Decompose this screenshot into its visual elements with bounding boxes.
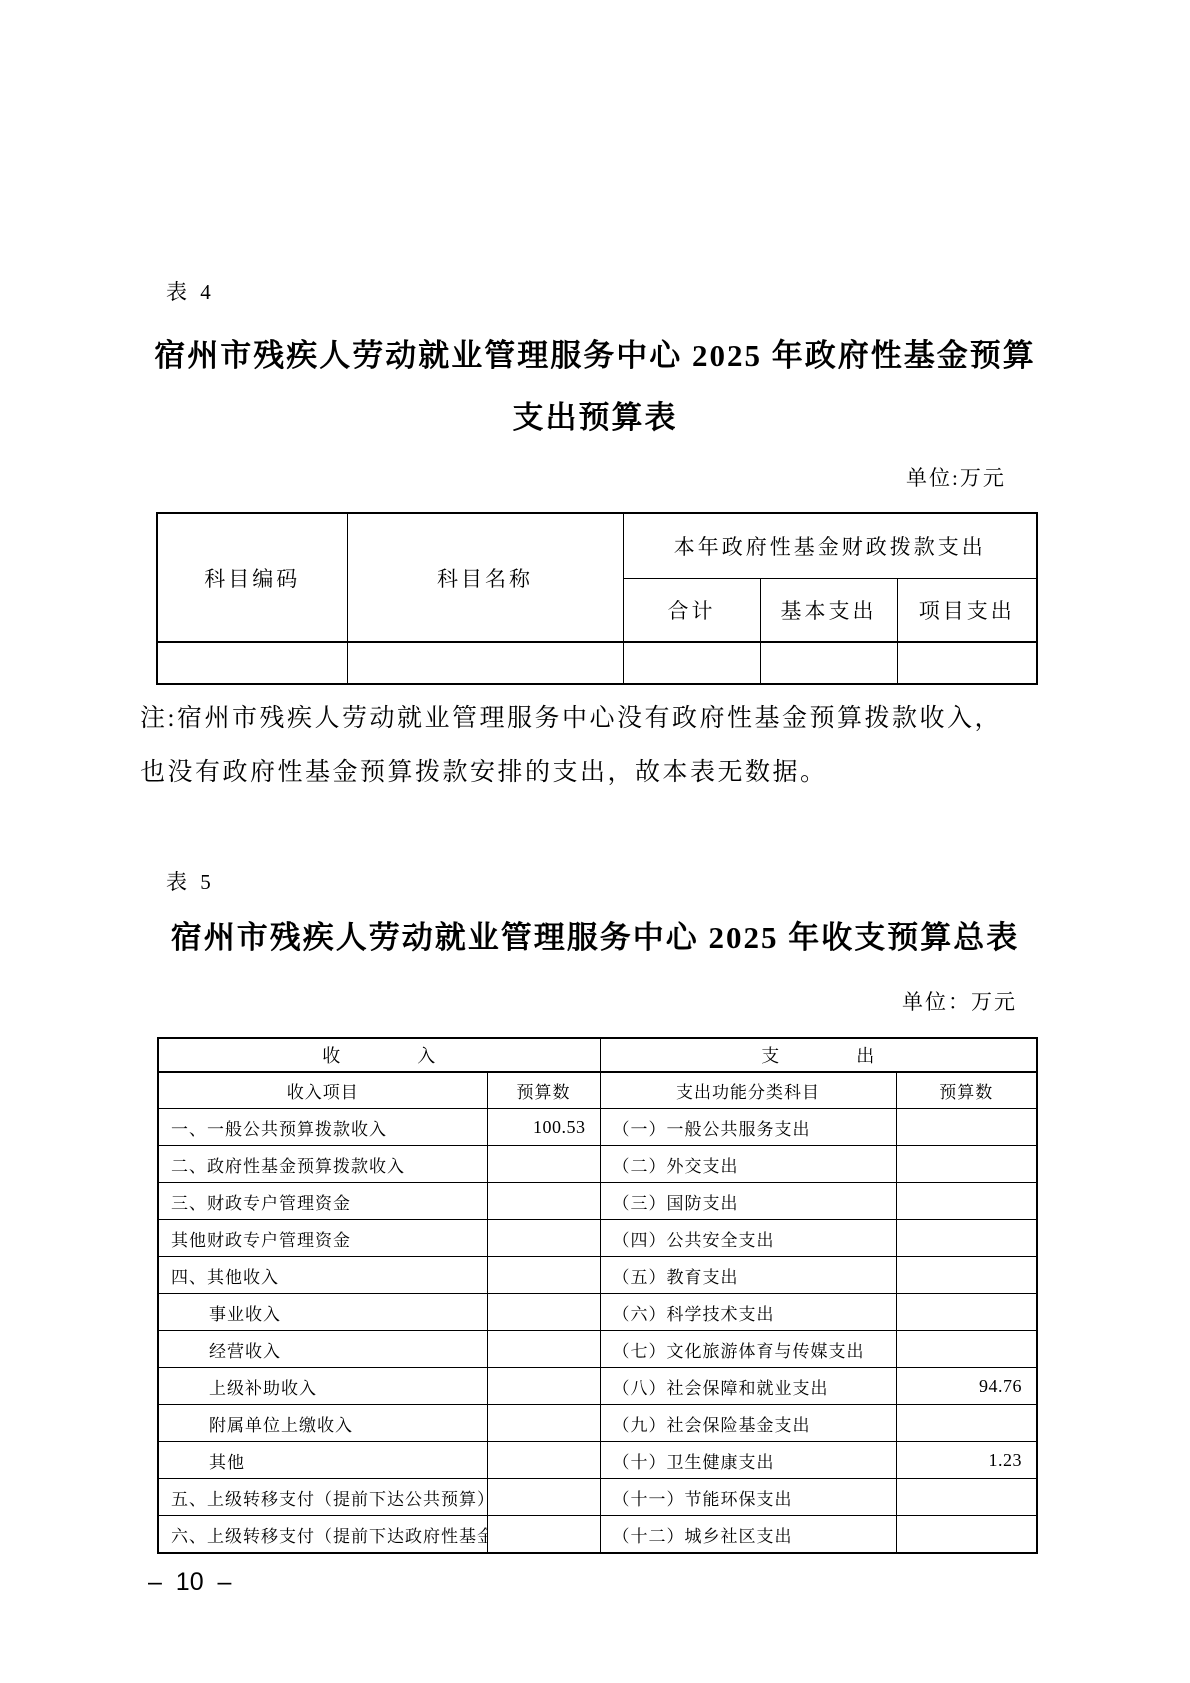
group-header-row: 收 入 支 出 (158, 1038, 1037, 1072)
income-budget-cell (487, 1146, 600, 1183)
expense-budget-cell (896, 1183, 1037, 1220)
header-project-expenditure: 项目支出 (897, 579, 1037, 643)
expense-budget-cell: 1.23 (896, 1442, 1037, 1479)
income-budget-cell (487, 1294, 600, 1331)
expense-budget-cell (896, 1220, 1037, 1257)
income-item-cell: 其他财政专户管理资金 (158, 1220, 487, 1257)
header-expense-item: 支出功能分类科目 (600, 1072, 896, 1109)
expense-item-cell: （四）公共安全支出 (600, 1220, 896, 1257)
summary-table-body: 一、一般公共预算拨款收入100.53（一）一般公共服务支出 二、政府性基金预算拨… (158, 1109, 1037, 1554)
table-row: 二、政府性基金预算拨款收入 （二）外交支出 (158, 1146, 1037, 1183)
income-item-cell: 一、一般公共预算拨款收入 (158, 1109, 487, 1146)
table4-unit-label: 单位:万元 (906, 462, 1006, 492)
table-header-row: 科目编码 科目名称 本年政府性基金财政拨款支出 (157, 513, 1037, 579)
table5-label: 表 5 (166, 866, 215, 896)
header-expense-budget: 预算数 (896, 1072, 1037, 1109)
header-fund-appropriation-group: 本年政府性基金财政拨款支出 (623, 513, 1037, 579)
empty-data-row (157, 642, 1037, 684)
expense-item-cell: （十二）城乡社区支出 (600, 1516, 896, 1554)
expense-budget-cell (896, 1479, 1037, 1516)
empty-cell (897, 642, 1037, 684)
table4-note-line2: 也没有政府性基金预算拨款安排的支出，故本表无数据。 (140, 752, 828, 788)
table-row: 其他 （十）卫生健康支出1.23 (158, 1442, 1037, 1479)
table4-note-line1: 注:宿州市残疾人劳动就业管理服务中心没有政府性基金预算拨款收入， (140, 698, 1002, 734)
income-budget-cell (487, 1183, 600, 1220)
expense-item-cell: （三）国防支出 (600, 1183, 896, 1220)
income-budget-cell (487, 1516, 600, 1554)
table4-label: 表 4 (166, 276, 215, 306)
income-budget-cell (487, 1368, 600, 1405)
income-item-cell: 上级补助收入 (158, 1368, 487, 1405)
table-row: 五、上级转移支付（提前下达公共预算） （十一）节能环保支出 (158, 1479, 1037, 1516)
expense-budget-cell (896, 1109, 1037, 1146)
table-row: 附属单位上缴收入 （九）社会保险基金支出 (158, 1405, 1037, 1442)
expense-item-cell: （九）社会保险基金支出 (600, 1405, 896, 1442)
expense-item-cell: （七）文化旅游体育与传媒支出 (600, 1331, 896, 1368)
income-budget-cell (487, 1257, 600, 1294)
table-row: 六、上级转移支付（提前下达政府性基金） （十二）城乡社区支出 (158, 1516, 1037, 1554)
empty-cell (157, 642, 347, 684)
expense-budget-cell (896, 1257, 1037, 1294)
expense-budget-cell (896, 1516, 1037, 1554)
header-income-item: 收入项目 (158, 1072, 487, 1109)
table-row: 事业收入 （六）科学技术支出 (158, 1294, 1037, 1331)
header-subject-code: 科目编码 (157, 513, 347, 642)
header-total: 合计 (623, 579, 760, 643)
table4-title-line1: 宿州市残疾人劳动就业管理服务中心 2025 年政府性基金预算 (0, 330, 1190, 375)
income-item-cell: 附属单位上缴收入 (158, 1405, 487, 1442)
header-income-group: 收 入 (158, 1038, 600, 1072)
expense-item-cell: （十一）节能环保支出 (600, 1479, 896, 1516)
income-item-cell: 四、其他收入 (158, 1257, 487, 1294)
table5-title: 宿州市残疾人劳动就业管理服务中心 2025 年收支预算总表 (0, 912, 1190, 957)
header-subject-name: 科目名称 (347, 513, 623, 642)
income-item-cell: 六、上级转移支付（提前下达政府性基金） (158, 1516, 487, 1554)
table-row: 三、财政专户管理资金 （三）国防支出 (158, 1183, 1037, 1220)
column-header-row: 收入项目 预算数 支出功能分类科目 预算数 (158, 1072, 1037, 1109)
expense-item-cell: （十）卫生健康支出 (600, 1442, 896, 1479)
expense-budget-cell (896, 1146, 1037, 1183)
expense-budget-cell (896, 1294, 1037, 1331)
income-item-cell: 事业收入 (158, 1294, 487, 1331)
empty-cell (347, 642, 623, 684)
table-row: 其他财政专户管理资金 （四）公共安全支出 (158, 1220, 1037, 1257)
expense-item-cell: （八）社会保障和就业支出 (600, 1368, 896, 1405)
expense-item-cell: （五）教育支出 (600, 1257, 896, 1294)
header-expense-group: 支 出 (600, 1038, 1037, 1072)
table-row: 四、其他收入 （五）教育支出 (158, 1257, 1037, 1294)
table4-title-line2: 支出预算表 (0, 392, 1190, 437)
empty-cell (623, 642, 760, 684)
expense-budget-cell (896, 1405, 1037, 1442)
table5-unit-label: 单位：万元 (902, 986, 1017, 1016)
header-income-budget: 预算数 (487, 1072, 600, 1109)
income-budget-cell (487, 1405, 600, 1442)
budget-summary-table: 收 入 支 出 收入项目 预算数 支出功能分类科目 预算数 一、一般公共预算拨款… (157, 1037, 1038, 1554)
income-item-cell: 二、政府性基金预算拨款收入 (158, 1146, 487, 1183)
income-item-cell: 其他 (158, 1442, 487, 1479)
empty-cell (760, 642, 897, 684)
expense-item-cell: （一）一般公共服务支出 (600, 1109, 896, 1146)
document-page: 表 4 宿州市残疾人劳动就业管理服务中心 2025 年政府性基金预算 支出预算表… (0, 0, 1190, 1683)
expense-budget-cell (896, 1331, 1037, 1368)
income-budget-cell (487, 1479, 600, 1516)
income-item-cell: 三、财政专户管理资金 (158, 1183, 487, 1220)
income-item-cell: 五、上级转移支付（提前下达公共预算） (158, 1479, 487, 1516)
table-row: 上级补助收入 （八）社会保障和就业支出94.76 (158, 1368, 1037, 1405)
header-basic-expenditure: 基本支出 (760, 579, 897, 643)
income-budget-cell (487, 1331, 600, 1368)
income-budget-cell (487, 1220, 600, 1257)
income-item-cell: 经营收入 (158, 1331, 487, 1368)
expense-item-cell: （二）外交支出 (600, 1146, 896, 1183)
expense-item-cell: （六）科学技术支出 (600, 1294, 896, 1331)
expense-budget-cell: 94.76 (896, 1368, 1037, 1405)
table-row: 一、一般公共预算拨款收入100.53（一）一般公共服务支出 (158, 1109, 1037, 1146)
gov-fund-expenditure-table: 科目编码 科目名称 本年政府性基金财政拨款支出 合计 基本支出 项目支出 (156, 512, 1038, 685)
page-number: – 10 – (148, 1568, 231, 1597)
income-budget-cell: 100.53 (487, 1109, 600, 1146)
table-row: 经营收入 （七）文化旅游体育与传媒支出 (158, 1331, 1037, 1368)
income-budget-cell (487, 1442, 600, 1479)
